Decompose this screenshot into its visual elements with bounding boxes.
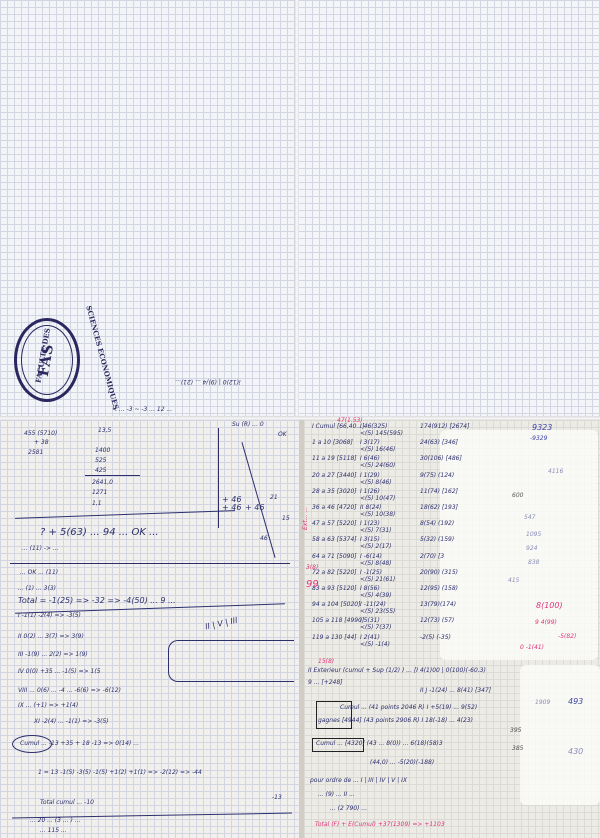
pink-annotation: Ext... ... bbox=[303, 507, 309, 530]
pink-annotation: 3(8) bbox=[306, 565, 318, 571]
margin-value: 9323 bbox=[532, 424, 552, 432]
margin-note: OK bbox=[278, 432, 287, 438]
margin-line bbox=[218, 428, 219, 528]
side-label: -13 bbox=[272, 795, 282, 801]
note-line: I -1(1) -2(4) => -3(5) bbox=[18, 613, 81, 619]
ledger-cell-b: <(5) 7(37) bbox=[360, 625, 392, 631]
ledger-cell-a: I -6(14) bbox=[360, 554, 382, 560]
ledger-cell-b: <(5) 16(46) bbox=[360, 447, 395, 453]
ledger-cell-b: <(5) 8(48) bbox=[360, 561, 392, 567]
calc-line: 2641,0 bbox=[92, 480, 113, 486]
note-line: IX ... (+1) => +1(4) bbox=[18, 703, 78, 709]
calc-line: 1271 bbox=[92, 490, 107, 496]
note-line: ... (11) -> ... bbox=[22, 546, 59, 552]
ledger-cell-c: 11(74) [162] bbox=[420, 489, 458, 495]
faculty-stamp: FACULTE DES FAS SCIENCES ECONOMIQUES bbox=[14, 318, 80, 402]
ledger-cell-b: <(5) 21(61) bbox=[360, 577, 395, 583]
pink-annotation: 15(8) bbox=[318, 659, 334, 665]
ledger-cell-c: 18(62) [193] bbox=[420, 505, 458, 511]
ledger-cell-b: <(5) 8(46) bbox=[360, 480, 392, 486]
margin-value: 1095 bbox=[526, 532, 541, 538]
note-line: Total = -1(25) => -32 => -4(50) ... 9 ..… bbox=[18, 597, 176, 605]
page-fold bbox=[295, 0, 299, 420]
pink-annotation: 47(1.53) bbox=[337, 418, 363, 424]
note-line: gagnes [4944] (43 points 2906 R) I 18(-1… bbox=[318, 718, 473, 724]
ledger-cell-range: 58 a 63 [5374] bbox=[312, 537, 357, 543]
calc-line: 1,1 bbox=[92, 501, 102, 507]
ledger-cell-range: 47 a 57 [5220] bbox=[312, 521, 357, 527]
ledger-cell-c: 12(95) (158) bbox=[420, 586, 458, 592]
top-note: < ... -3 ~ -3 ... 12 ... bbox=[112, 407, 172, 413]
margin-value: 4116 bbox=[548, 469, 563, 475]
ledger-cell-range: 11 a 19 [5118] bbox=[312, 456, 357, 462]
pink-annotation: Total (F) + E(Cumul) +37(1309) => +1103 bbox=[315, 822, 445, 828]
margin-value: 924 bbox=[526, 546, 537, 552]
ledger-cell-a: I 1(29) bbox=[360, 473, 380, 479]
ledger-cell-c: 12(73) (57) bbox=[420, 618, 454, 624]
rule-line bbox=[85, 475, 140, 476]
ledger-cell-c: 5(32) (159) bbox=[420, 537, 454, 543]
margin-value: 493 bbox=[568, 698, 583, 706]
margin-value: 430 bbox=[568, 748, 583, 756]
divider-line bbox=[10, 563, 290, 564]
pink-annotation: 8(100) bbox=[536, 602, 563, 610]
note-line: ... (1) ... 3(3) bbox=[18, 586, 56, 592]
margin-value: -9329 bbox=[530, 436, 547, 442]
margin-note: Su (R) ... 0 bbox=[232, 422, 264, 428]
pink-annotation: 99 bbox=[306, 580, 319, 590]
ledger-cell-c: 24(63) [346] bbox=[420, 440, 458, 446]
note-line: XI -2(4) ... -1(1) => -3(5) bbox=[34, 719, 109, 725]
note-line: ... 115 ... bbox=[40, 828, 67, 834]
bracket-box bbox=[168, 640, 294, 682]
calc-line: 455 (5710) bbox=[24, 431, 57, 437]
ledger-cell-c: 20(90) (315) bbox=[420, 570, 458, 576]
note-line: 1 = 13 -1(5) -3(5) -1(5) +1(2) +1(1) => … bbox=[38, 770, 202, 776]
ledger-cell-b: <(5) -1(4) bbox=[360, 642, 390, 648]
note-line: ... OK ... (11) bbox=[20, 570, 58, 576]
ledger-cell-b: <(5) 23(55) bbox=[360, 609, 395, 615]
margin-value: 838 bbox=[528, 560, 539, 566]
pink-annotation: 0 -1(41) bbox=[520, 645, 544, 651]
note-line: ? + 5(63) ... 94 ... OK ... bbox=[40, 528, 159, 538]
margin-value: 600 bbox=[512, 493, 523, 499]
note-line: pour ordre de ... I | III | IV | V | IX bbox=[310, 778, 407, 784]
ledger-cell-c: 2(70) [3 bbox=[420, 554, 444, 560]
ledger-cell-range: 36 a 46 [4720] bbox=[312, 505, 357, 511]
top-right-page bbox=[298, 0, 600, 420]
ledger-cell-b: <(5) 10(47) bbox=[360, 496, 395, 502]
pink-annotation: 9 4(99) bbox=[535, 620, 557, 626]
note-line: IV 0(0) +35 ... -1(5) => 1(5 bbox=[18, 669, 101, 675]
margin-value: 415 bbox=[508, 578, 519, 584]
note-line: II Exterieur (cumul + Sup (1/2) ) ... [I… bbox=[308, 668, 486, 674]
top-note: i(12)0 | (9)/4 ... (21)... bbox=[175, 378, 241, 384]
ledger-cell-b: <(5) 145(595) bbox=[360, 431, 403, 437]
note-line: (44,0) ... -5(20)(-188) bbox=[370, 760, 434, 766]
ledger-cell-c: -2(5) (-35) bbox=[420, 635, 451, 641]
note-line: ... 20 ... (3 ... ) ... bbox=[30, 818, 80, 824]
margin-value: 547 bbox=[524, 515, 535, 521]
note-line: ... (2 790) ... bbox=[330, 806, 367, 812]
note-line: Total cumul ... -10 bbox=[40, 800, 94, 806]
ledger-cell-c: 9(75) (124) bbox=[420, 473, 454, 479]
correction-patch bbox=[520, 665, 600, 805]
calc-line: 2581 bbox=[28, 450, 43, 456]
ledger-cell-range: 105 a 118 [4990] bbox=[312, 618, 364, 624]
note-line: Cumul ... [4320] (43 ... 8(0)) ... 6(18)… bbox=[316, 741, 443, 747]
margin-value: 385 bbox=[512, 746, 523, 752]
ledger-cell-b: <(5) 24(60) bbox=[360, 463, 395, 469]
ledger-cell-range: 28 a 35 [3020] bbox=[312, 489, 357, 495]
ledger-cell-c: 13(79)(174) bbox=[420, 602, 456, 608]
note-line: II 0(2) ... 3(7) => 3(9) bbox=[18, 634, 84, 640]
ledger-cell-b: <(5) 4(39) bbox=[360, 593, 392, 599]
ledger-cell-range: 94 a 104 [5020] bbox=[312, 602, 360, 608]
ledger-cell-b: <(5) 10(38) bbox=[360, 512, 395, 518]
ledger-cell-range: 64 a 71 [5090] bbox=[312, 554, 357, 560]
margin-value: 395 bbox=[510, 728, 521, 734]
calc-line: 13,5 bbox=[98, 428, 111, 434]
pink-vertical-note: Ext... ... bbox=[303, 450, 313, 540]
margin-note: 21 bbox=[270, 495, 278, 501]
margin-value: 1909 bbox=[535, 700, 550, 706]
calc-line: 1400 bbox=[95, 448, 110, 454]
ledger-cell-c: 8(54) (192) bbox=[420, 521, 454, 527]
ledger-cell-b: <(5) 2(17) bbox=[360, 544, 392, 550]
ledger-cell-b: <(5) 7(31) bbox=[360, 528, 392, 534]
margin-note: 46 bbox=[260, 536, 268, 542]
ledger-cell-a: I -1(25) bbox=[360, 570, 382, 576]
pink-annotation: -5(82) bbox=[558, 634, 576, 640]
note-line: ... (9) ... II ... bbox=[318, 792, 355, 798]
ledger-cell-range: 72 a 82 [5220] bbox=[312, 570, 357, 576]
margin-note: 15 bbox=[282, 516, 290, 522]
note-line: Cumul ... (41 points 2046 R) I +5(19) ..… bbox=[340, 705, 477, 711]
ledger-cell-range: I Cumul [66,40...] bbox=[312, 424, 364, 430]
note-line: Cumul ... -13 +35 + 18 -13 => 0(14) ... bbox=[20, 741, 139, 747]
calc-line: + 38 bbox=[34, 440, 49, 446]
ledger-cell-c: 174(912) [2674] bbox=[420, 424, 469, 430]
note-line: III -1(9) ... 2(2) => 1(9) bbox=[18, 652, 88, 658]
ledger-cell-a: I 2(41) bbox=[360, 635, 380, 641]
note-line: VIII ... 0(6) ... -4 ... -6(6) => -6(12) bbox=[18, 688, 121, 694]
correction-patch bbox=[440, 430, 598, 660]
ledger-cell-c: 30(106) [486] bbox=[420, 456, 462, 462]
ledger-cell-range: 1 a 10 [3068] bbox=[312, 440, 353, 446]
ledger-cell-a: I 1(26) bbox=[360, 489, 380, 495]
margin-note: + 46 bbox=[245, 504, 264, 512]
note-line: 9 ... [+248] bbox=[308, 680, 343, 686]
calc-line: 425 bbox=[95, 468, 106, 474]
note-line: II J -1(24) ... 8(41) [347] bbox=[420, 688, 491, 694]
ledger-cell-range: 119 a 130 [44] bbox=[312, 635, 357, 641]
ledger-cell-range: 20 a 27 [3440] bbox=[312, 473, 357, 479]
calc-line: 525 bbox=[95, 458, 106, 464]
